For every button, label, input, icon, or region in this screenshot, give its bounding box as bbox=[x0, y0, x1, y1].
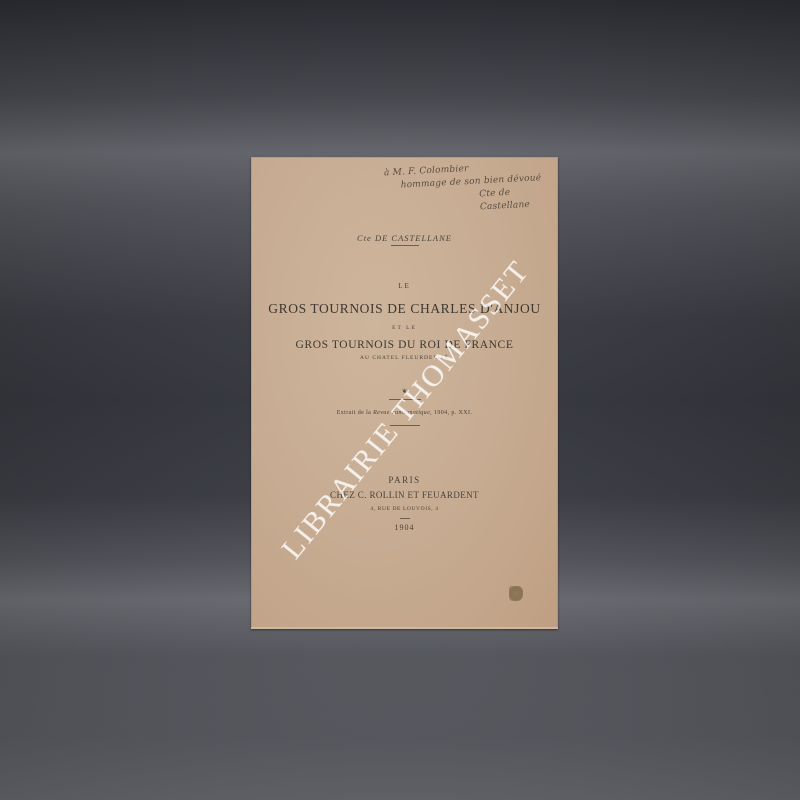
divider-rule bbox=[400, 518, 410, 519]
title-article: LE bbox=[251, 282, 558, 290]
imprint-publisher: CHEZ C. ROLLIN ET FEUARDENT bbox=[251, 490, 558, 500]
divider-rule bbox=[391, 245, 419, 246]
imprint-city: PARIS bbox=[251, 475, 558, 485]
extract-journal: Revue numismatique bbox=[373, 410, 430, 416]
title-sub: GROS TOURNOIS DU ROI DE FRANCE bbox=[251, 339, 558, 351]
handwritten-dedication: à M. F. Colombier hommage de son bien dé… bbox=[380, 158, 557, 219]
title-conjunction: ET LE bbox=[251, 325, 558, 331]
extract-note: Extrait de la Revue numismatique, 1904, … bbox=[251, 410, 558, 416]
extract-prefix: Extrait de la bbox=[337, 410, 373, 416]
page-edge bbox=[251, 627, 558, 629]
pamphlet-cover: à M. F. Colombier hommage de son bien dé… bbox=[251, 157, 558, 629]
divider-rule bbox=[390, 425, 420, 426]
title-main: GROS TOURNOIS DE CHARLES D'ANJOU bbox=[251, 301, 558, 317]
imprint-year: 1904 bbox=[251, 523, 558, 532]
title-sub2: AU CHATEL FLEURDELISÉ bbox=[251, 355, 558, 361]
extract-suffix: , 1904, p. XXI. bbox=[430, 410, 472, 416]
divider-rule bbox=[389, 399, 421, 400]
ornament-icon: ❦ bbox=[251, 388, 558, 395]
paper-stain bbox=[509, 586, 523, 601]
imprint-address: 4, RUE DE LOUVOIS, 4 bbox=[251, 506, 558, 512]
author-name: Cte DE CASTELLANE bbox=[251, 233, 558, 243]
